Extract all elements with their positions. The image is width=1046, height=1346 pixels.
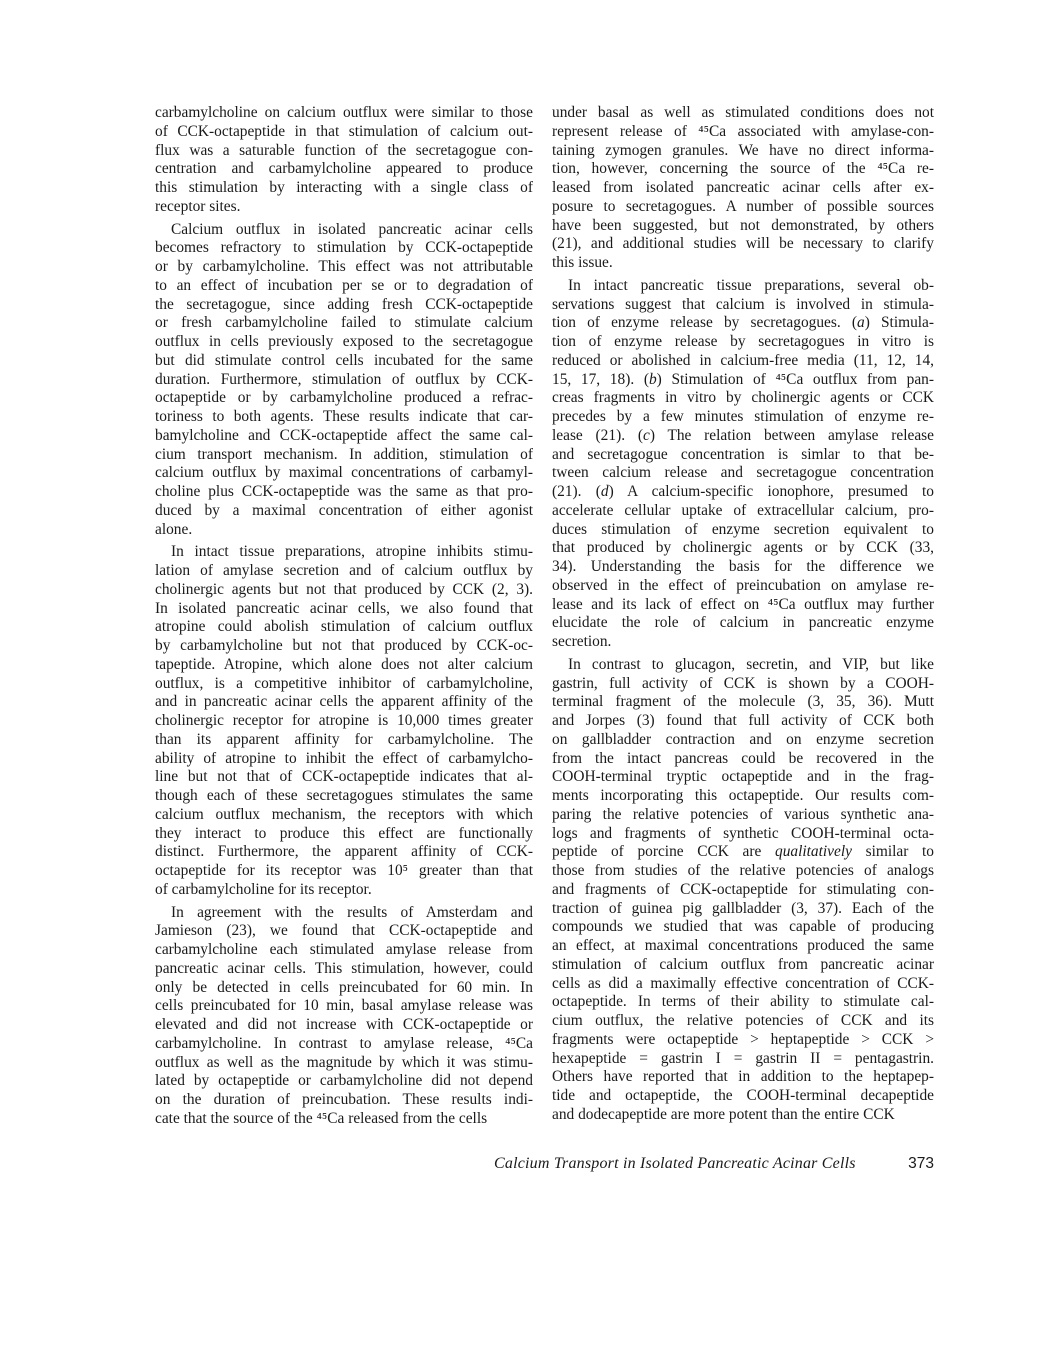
text-line: gastrin, full activity of CCK is shown b… [552, 675, 934, 694]
text-line: centration and carbamylcholine appeared … [155, 160, 533, 179]
text-line: atropine could abolish stimulation of ca… [155, 618, 533, 637]
text-line: logs and fragments of synthetic COOH-ter… [552, 825, 934, 844]
text-line: pancreatic acinar cells. This stimulatio… [155, 960, 533, 979]
text-line: cium transport mechanism. In addition, s… [155, 446, 533, 465]
text-line: line but not that of CCK-octapeptide ind… [155, 768, 533, 787]
text-line: this issue. [552, 254, 934, 273]
text-line: cells preincubated for 10 min, basal amy… [155, 997, 533, 1016]
text-line: bamylcholine and CCK-octapeptide affect … [155, 427, 533, 446]
text-line: precedes by a few minutes stimulation of… [552, 408, 934, 427]
text-line: carbamylcholine on calcium outflux were … [155, 104, 533, 123]
text-line: this stimulation by interacting with a s… [155, 179, 533, 198]
text-line: posure to secretagogues. A number of pos… [552, 198, 934, 217]
text-line: duces stimulation of enzyme secretion eq… [552, 521, 934, 540]
text-line: stimulation of calcium outflux from panc… [552, 956, 934, 975]
page-footer: Calcium Transport in Isolated Pancreatic… [494, 1155, 934, 1173]
text-line: octapeptide or by carbamylcholine produc… [155, 389, 533, 408]
text-line: reduced or abolished in calcium-free med… [552, 352, 934, 371]
text-line: on gallbladder contraction and on enzyme… [552, 731, 934, 750]
text-line: taining zymogen granules. We have no dir… [552, 142, 934, 161]
text-line: by carbamylcholine but not that produced… [155, 637, 533, 656]
text-line: cate that the source of the ⁴⁵Ca release… [155, 1110, 533, 1129]
text-line: tion, however, concerning the source of … [552, 160, 934, 179]
text-line: ability of atropine to inhibit the effec… [155, 750, 533, 769]
text-line: terminal fragment of the molecule (3, 35… [552, 693, 934, 712]
text-line: on the duration of preincubation. These … [155, 1091, 533, 1110]
text-line: though each of these secretagogues stimu… [155, 787, 533, 806]
text-line: of carbamylcholine for its receptor. [155, 881, 533, 900]
paragraph: carbamylcholine on calcium outflux were … [155, 104, 533, 217]
text-line: observed in the effect of preincubation … [552, 577, 934, 596]
text-line: In isolated pancreatic acinar cells, we … [155, 600, 533, 619]
paragraph: Calcium outflux in isolated pancreatic a… [155, 221, 533, 540]
text-line: but did stimulate control cells incubate… [155, 352, 533, 371]
journal-page: carbamylcholine on calcium outflux were … [0, 0, 1046, 1346]
text-line: tide and octapeptide, the COOH-terminal … [552, 1087, 934, 1106]
text-line: represent release of ⁴⁵Ca associated wit… [552, 123, 934, 142]
text-line: they interact to produce this effect are… [155, 825, 533, 844]
text-line: choline plus CCK-octapeptide was the sam… [155, 483, 533, 502]
text-line: tapeptide. Atropine, which alone does no… [155, 656, 533, 675]
text-line: from the intact pancreas could be recove… [552, 750, 934, 769]
text-line: peptide of porcine CCK are qualitatively… [552, 843, 934, 862]
text-line: In intact tissue preparations, atropine … [155, 543, 533, 562]
text-line: leased from isolated pancreatic acinar c… [552, 179, 934, 198]
text-line: tion of enzyme release by secretagogues … [552, 333, 934, 352]
text-line: outflux, is a competitive inhibitor of c… [155, 675, 533, 694]
text-line: cells as did a maximally effective conce… [552, 975, 934, 994]
text-line: 15, 17, 18). (b) Stimulation of ⁴⁵Ca out… [552, 371, 934, 390]
text-line: and dodecapeptide are more potent than t… [552, 1106, 934, 1125]
text-line: Calcium outflux in isolated pancreatic a… [155, 221, 533, 240]
paragraph: under basal as well as stimulated condit… [552, 104, 934, 273]
text-line: Jamieson (23), we found that CCK-octapep… [155, 922, 533, 941]
text-line: and fragments of CCK-octapeptide for sti… [552, 881, 934, 900]
text-line: duced by a maximal concentration of eith… [155, 502, 533, 521]
text-line: only be detected in cells preincubated f… [155, 979, 533, 998]
text-line: lease and its lack of effect on ⁴⁵Ca out… [552, 596, 934, 615]
text-line: lease (21). (c) The relation between amy… [552, 427, 934, 446]
text-line: (21), and additional studies will be nec… [552, 235, 934, 254]
text-line: Others have reported that in addition to… [552, 1068, 934, 1087]
text-line: calcium outflux by maximal concentration… [155, 464, 533, 483]
text-line: to an effect of incubation per se or to … [155, 277, 533, 296]
running-title: Calcium Transport in Isolated Pancreatic… [494, 1155, 856, 1173]
text-line: have been suggested, but not demonstrate… [552, 217, 934, 236]
text-line: compounds we studied that was capable of… [552, 918, 934, 937]
text-line: under basal as well as stimulated condit… [552, 104, 934, 123]
paragraph: In intact tissue preparations, atropine … [155, 543, 533, 899]
text-line: elucidate the role of calcium in pancrea… [552, 614, 934, 633]
text-line: and secretagogue concentration is simlar… [552, 446, 934, 465]
text-line: or by carbamylcholine. This effect was n… [155, 258, 533, 277]
text-line: accelerate cellular uptake of extracellu… [552, 502, 934, 521]
text-line: traction of guinea pig gallbladder (3, 3… [552, 900, 934, 919]
text-line: paring the relative potencies of various… [552, 806, 934, 825]
text-line: cium outflux, the relative potencies of … [552, 1012, 934, 1031]
text-line: and in pancreatic acinar cells the appar… [155, 693, 533, 712]
text-line: an effect, at maximal concentrations pro… [552, 937, 934, 956]
text-line: fragments were octapeptide > heptapeptid… [552, 1031, 934, 1050]
text-line: carbamylcholine each stimulated amylase … [155, 941, 533, 960]
paragraph: In contrast to glucagon, secretin, and V… [552, 656, 934, 1125]
right-column: under basal as well as stimulated condit… [552, 104, 934, 1129]
text-line: tween calcium release and secretagogue c… [552, 464, 934, 483]
text-line: (21). (d) A calcium-specific ionophore, … [552, 483, 934, 502]
text-line: cholinergic agents but not that produced… [155, 581, 533, 600]
text-line: flux was a saturable function of the sec… [155, 142, 533, 161]
text-line: In contrast to glucagon, secretin, and V… [552, 656, 934, 675]
text-line: cholinergic receptor for atropine is 10,… [155, 712, 533, 731]
text-line: 34). Understanding the basis for the dif… [552, 558, 934, 577]
text-line: outflux in cells previously exposed to t… [155, 333, 533, 352]
text-line: and Jorpes (3) found that full activity … [552, 712, 934, 731]
text-line: receptor sites. [155, 198, 533, 217]
text-line: the secretagogue, since adding fresh CCK… [155, 296, 533, 315]
text-line: duration. Furthermore, stimulation of ou… [155, 371, 533, 390]
text-line: COOH-terminal tryptic octapeptide and in… [552, 768, 934, 787]
text-line: ments incorporating this octapeptide. Ou… [552, 787, 934, 806]
text-line: that produced by cholinergic agents or b… [552, 539, 934, 558]
text-line: alone. [155, 521, 533, 540]
text-line: In agreement with the results of Amsterd… [155, 904, 533, 923]
text-line: of CCK-octapeptide in that stimulation o… [155, 123, 533, 142]
paragraph: In intact pancreatic tissue preparations… [552, 277, 934, 652]
text-line: becomes refractory to stimulation by CCK… [155, 239, 533, 258]
page-number: 373 [908, 1155, 934, 1173]
text-line: lation of amylase secretion and of calci… [155, 562, 533, 581]
text-line: elevated and did not increase with CCK-o… [155, 1016, 533, 1035]
paragraph: In agreement with the results of Amsterd… [155, 904, 533, 1129]
text-line: hexapeptide = gastrin I = gastrin II = p… [552, 1050, 934, 1069]
text-line: outflux as well as the magnitude by whic… [155, 1054, 533, 1073]
text-line: creas fragments in vitro by cholinergic … [552, 389, 934, 408]
text-line: servations suggest that calcium is invol… [552, 296, 934, 315]
text-line: In intact pancreatic tissue preparations… [552, 277, 934, 296]
text-line: lated by octapeptide or carbamylcholine … [155, 1072, 533, 1091]
text-line: octapeptide for its receptor was 10⁵ gre… [155, 862, 533, 881]
text-line: toriness to both agents. These results i… [155, 408, 533, 427]
text-line: secretion. [552, 633, 934, 652]
text-line: those from studies of the relative poten… [552, 862, 934, 881]
text-line: or fresh carbamylcholine failed to stimu… [155, 314, 533, 333]
left-column: carbamylcholine on calcium outflux were … [155, 104, 533, 1133]
text-line: distinct. Furthermore, the apparent affi… [155, 843, 533, 862]
text-line: carbamylcholine. In contrast to amylase … [155, 1035, 533, 1054]
text-line: than its apparent affinity for carbamylc… [155, 731, 533, 750]
text-line: calcium outflux mechanism, the receptors… [155, 806, 533, 825]
text-line: octapeptide. In terms of their ability t… [552, 993, 934, 1012]
text-line: tion of enzyme release by secretagogues.… [552, 314, 934, 333]
